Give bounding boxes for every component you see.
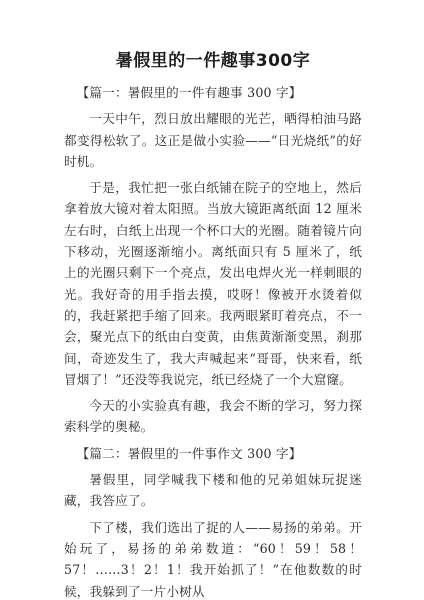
section-1: 【篇一：暑假里的一件有趣事 300 字】 一天中午，烈日放出耀眼的光芒，晒得柏油… [64,82,362,438]
paragraph: 一天中午，烈日放出耀眼的光芒，晒得柏油马路都变得松软了。这正是做小实验——“日光… [64,108,362,172]
section-2: 【篇二：暑假里的一件事作文 300 字】 暑假里，同学喊我下楼和他的兄弟姐妹玩捉… [64,443,362,600]
paragraph: 下了楼，我们选出了捉的人——易扬的弟弟。开始玩了，易扬的弟弟数道：“60！59！… [64,517,362,600]
paragraph: 于是，我忙把一张白纸铺在院子的空地上，然后拿着放大镜对着太阳照。当放大镜距离纸面… [64,177,362,390]
section-1-heading: 【篇一：暑假里的一件有趣事 300 字】 [64,82,362,103]
document-page: 暑假里的一件趣事300字 【篇一：暑假里的一件有趣事 300 字】 一天中午，烈… [64,48,362,600]
paragraph: 暑假里，同学喊我下楼和他的兄弟姐妹玩捉迷藏，我答应了。 [64,469,362,512]
section-2-heading: 【篇二：暑假里的一件事作文 300 字】 [64,443,362,464]
document-title: 暑假里的一件趣事300字 [64,48,362,74]
paragraph: 今天的小实验真有趣，我会不断的学习，努力探索科学的奥秘。 [64,395,362,438]
